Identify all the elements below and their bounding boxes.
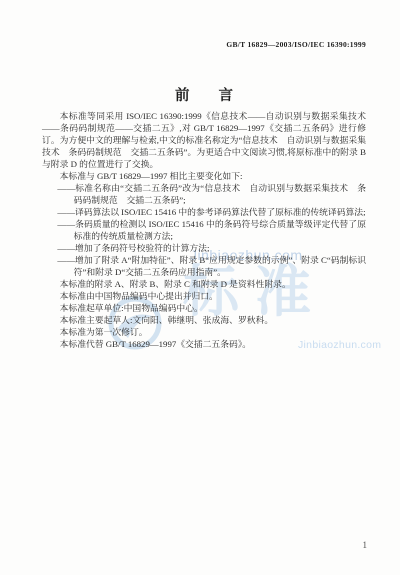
change-list-item: ——增加了附录 A“附加特征”、附录 B“应用规定参数的示例”、附录 C“码制标… xyxy=(42,254,366,278)
page-number: 1 xyxy=(363,540,368,550)
document-page: Jinbiaozhun.com 标准 Jinbiaozhun.com GB/T … xyxy=(0,0,400,575)
change-list-item: ——标准名称由“交插二五条码”改为“信息技术 自动识别与数据采集技术 条码码制规… xyxy=(42,182,366,206)
change-list-item: ——译码算法以 ISO/IEC 15416 中的参考译码算法代替了原标准的传统译… xyxy=(42,206,366,218)
foreword-body: 本标准等同采用 ISO/IEC 16390:1999《信息技术——自动识别与数据… xyxy=(42,110,366,350)
page-title: 前 言 xyxy=(42,84,366,105)
foreword-paragraph: 本标准等同采用 ISO/IEC 16390:1999《信息技术——自动识别与数据… xyxy=(42,110,366,170)
foreword-paragraph: 本标准代替 GB/T 16829—1997《交插二五条码》。 xyxy=(42,338,366,350)
change-list-item: ——增加了条码符号校验符的计算方法; xyxy=(42,242,366,254)
foreword-paragraph: 本标准的附录 A、附录 B、附录 C 和附录 D 是资料性附录。 xyxy=(42,278,366,290)
foreword-paragraph: 本标准与 GB/T 16829—1997 相比主要变化如下: xyxy=(42,170,366,182)
foreword-paragraph: 本标准由中国物品编码中心提出并归口。 xyxy=(42,290,366,302)
foreword-paragraph: 本标准起草单位:中国物品编码中心。 xyxy=(42,302,366,314)
foreword-paragraph: 本标准为第一次修订。 xyxy=(42,326,366,338)
standard-code-header: GB/T 16829—2003/ISO/IEC 16390:1999 xyxy=(226,40,366,49)
change-list-item: ——条码质量的检测以 ISO/IEC 15416 中的条码符号综合质量等级评定代… xyxy=(42,218,366,242)
foreword-paragraph: 本标准主要起草人:文向阳、韩继明、张成海、罗秋科。 xyxy=(42,314,366,326)
